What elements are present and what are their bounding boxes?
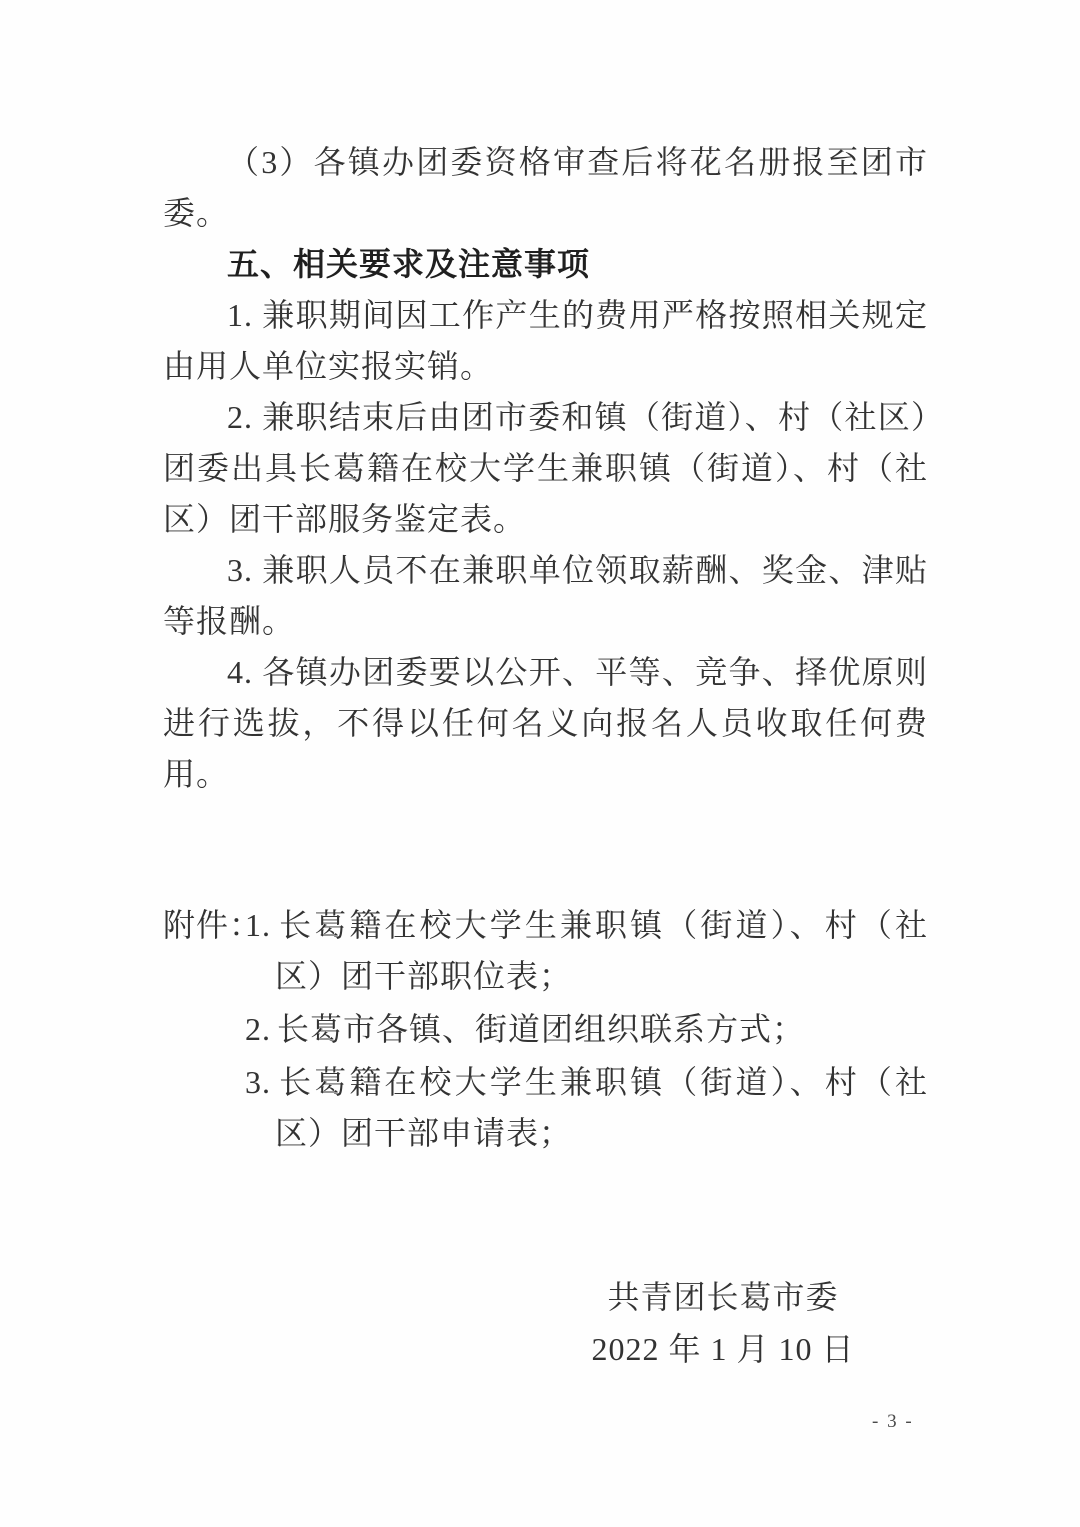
attachment-item: 1.长葛籍在校大学生兼职镇（街道）、村（社区）团干部职位表； — [245, 900, 928, 1002]
attachments-label: 附件： — [163, 900, 262, 951]
attachment-item-text: 长葛籍在校大学生兼职镇（街道）、村（社区）团干部职位表； — [275, 907, 928, 994]
page-number: - 3 - — [872, 1411, 914, 1433]
attachment-item: 3.长葛籍在校大学生兼职镇（街道）、村（社区）团干部申请表； — [245, 1057, 928, 1159]
attachment-item: 2.长葛市各镇、街道团组织联系方式； — [245, 1004, 928, 1055]
attachment-item-text: 长葛籍在校大学生兼职镇（街道）、村（社区）团干部申请表； — [275, 1064, 928, 1151]
attachment-item-marker: 3. — [245, 1064, 277, 1100]
attachments-block: 附件： 1.长葛籍在校大学生兼职镇（街道）、村（社区）团干部职位表； 2.长葛市… — [163, 900, 928, 1159]
document-page: （3）各镇办团委资格审查后将花名册报至团市委。 五、相关要求及注意事项 1. 兼… — [0, 0, 1080, 1527]
signature-date: 2022 年 1 月 10 日 — [573, 1323, 873, 1375]
requirement-paragraph-2: 2. 兼职结束后由团市委和镇（街道）、村（社区）团委出具长葛籍在校大学生兼职镇（… — [163, 392, 928, 545]
requirement-paragraph-3: 3. 兼职人员不在兼职单位领取薪酬、奖金、津贴等报酬。 — [163, 545, 928, 647]
document-content: （3）各镇办团委资格审查后将花名册报至团市委。 五、相关要求及注意事项 1. 兼… — [163, 137, 928, 1375]
requirement-paragraph-4: 4. 各镇办团委要以公开、平等、竞争、择优原则进行选拔，不得以任何名义向报名人员… — [163, 647, 928, 800]
clause-3-line: （3）各镇办团委资格审查后将花名册报至团市委。 — [163, 137, 928, 239]
signature-org: 共青团长葛市委 — [573, 1271, 873, 1323]
signature-block: 共青团长葛市委 2022 年 1 月 10 日 — [573, 1271, 873, 1375]
section-heading: 五、相关要求及注意事项 — [163, 239, 928, 290]
requirement-paragraph-1: 1. 兼职期间因工作产生的费用严格按照相关规定由用人单位实报实销。 — [163, 290, 928, 392]
attachment-item-text: 长葛市各镇、街道团组织联系方式； — [277, 1011, 805, 1047]
attachment-item-marker: 2. — [245, 1011, 277, 1047]
